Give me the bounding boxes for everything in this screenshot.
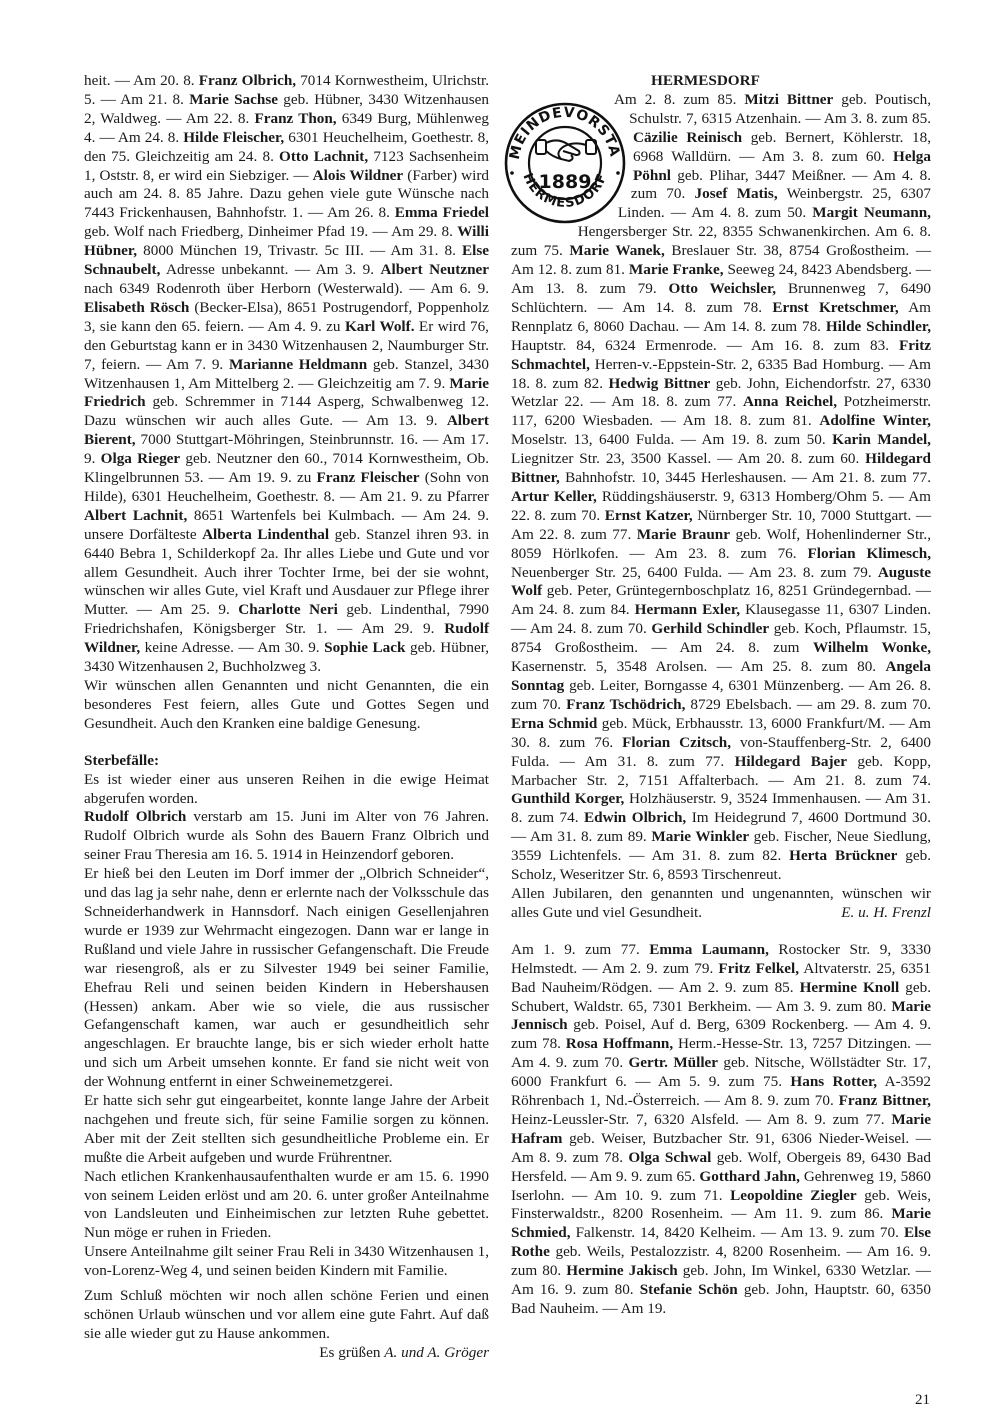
person-name: Hilde Schindler, [826,318,931,335]
person-name: Angela Sonntag [511,658,931,694]
person-name: Rudolf Wildner, [84,620,489,656]
person-name: Marie Franke, [629,261,724,278]
person-name: Marie Sachse [189,91,278,108]
person-name: Sophie Lack [324,639,405,656]
person-name: Albert Bierent, [84,412,489,448]
person-name: Rosa Hoffmann, [566,1035,673,1052]
person-name: Franz Fleischer [317,469,420,486]
person-name: Helga Pöhnl [633,148,931,184]
person-name: Cäzilie Reinisch [633,129,742,146]
person-name: Alberta Lindenthal [202,526,329,543]
obituary-paragraph-5: Unsere Anteilnahme gilt seiner Frau Reli… [84,1243,489,1281]
person-name: Willi Hübner, [84,223,489,259]
person-name: Marie Hafram [511,1111,931,1147]
person-name: Emma Friedel [395,204,489,221]
person-name: Franz Tschödrich, [566,696,685,713]
person-name: Marie Braunr [637,526,730,543]
person-name: Olga Rieger [101,450,180,467]
person-name: Adolfine Winter, [819,412,931,429]
person-name: Hilde Fleischer, [183,129,284,146]
person-name: Franz Thon, [254,110,336,127]
person-name: Marie Jennisch [511,998,931,1034]
person-name: Artur Keller, [511,488,597,505]
person-name: Franz Bittner, [839,1092,931,1109]
person-name: Florian Klimesch, [807,545,931,562]
person-name: Margit Neumann, [812,204,931,221]
person-name: Hildegard Bajer [735,753,847,770]
person-name: Marie Friedrich [84,375,489,411]
person-name: Mitzi Bittner [744,91,833,108]
person-name: Josef Matis, [695,185,778,202]
left-column: heit. — Am 20. 8. Franz Olbrich, 7014 Ko… [84,72,489,1363]
handshake-icon [536,140,596,161]
deaths-intro: Es ist wieder einer aus unseren Reihen i… [84,771,489,809]
person-name: Herta Brückner [789,847,897,864]
person-name: Olga Schwal [628,1149,711,1166]
person-name: Wilhelm Wonke, [813,639,931,656]
person-name: Hermine Jakisch [566,1262,677,1279]
person-name: Florian Czitsch, [622,734,731,751]
person-name: Auguste Wolf [511,564,931,600]
person-name: Alois Wildner [313,167,403,184]
person-name: Karin Mandel, [832,431,931,448]
person-name: Gotthard Jahn, [699,1168,800,1185]
closing-paragraph: Zum Schluß möchten wir noch allen schöne… [84,1287,489,1344]
person-name: Elisabeth Rösch [84,299,189,316]
person-name: Ernst Kretschmer, [772,299,898,316]
svg-text:1889: 1889 [539,171,592,193]
right-column: HERMESDORF GEMEINDEVORSTAND HERMESDORF 1… [511,72,931,1319]
person-name: Hildegard Bittner, [511,450,931,486]
person-name: Marianne Heldmann [229,356,367,373]
obituary-paragraph-4: Nach etlichen Krankenhausaufenthalten wu… [84,1168,489,1244]
person-name: Hedwig Bittner [609,375,711,392]
september-birthdays: Am 1. 9. zum 77. Emma Laumann, Rostocker… [511,941,931,1319]
person-name: Marie Wanek, [569,242,664,259]
person-name: Emma Laumann, [649,941,769,958]
person-name: Hans Rotter, [790,1073,877,1090]
obituary-paragraph-1: Rudolf Olbrich verstarb am 15. Juni im A… [84,808,489,865]
municipal-stamp-icon: GEMEINDEVORSTAND HERMESDORF 1889 [503,95,627,227]
person-name: Marie Winkler [651,828,749,845]
person-name: Karl Wolf. [345,318,415,335]
person-name: Fritz Felkel, [718,960,799,977]
section-title-hermesdorf: HERMESDORF [511,72,931,91]
wishes-paragraph: Wir wünschen allen Genannten und nicht G… [84,677,489,734]
obituary-name: Rudolf Olbrich [84,808,186,825]
person-name: Charlotte Neri [238,601,338,618]
person-name: Erna Schmid [511,715,597,732]
page-number: 21 [915,1392,930,1409]
person-name: Stefanie Schön [640,1281,738,1298]
obituary-paragraph-3: Er hatte sich sehr gut eingearbeitet, ko… [84,1092,489,1168]
person-name: Gertr. Müller [628,1054,718,1071]
person-name: Otto Weichsler, [669,280,777,297]
person-name: Gerhild Schindler [651,620,769,637]
obituary-paragraph-2: Er hieß bei den Leuten im Dorf immer der… [84,865,489,1092]
person-name: Marie Schmied, [511,1205,931,1241]
person-name: Albert Lachnit, [84,507,187,524]
person-name: Hermann Exler, [635,601,740,618]
deaths-heading: Sterbefälle: [84,752,489,771]
person-name: Edwin Olbrich, [584,809,686,826]
person-name: Franz Olbrich, [199,72,296,89]
person-name: Leopoldine Ziegler [730,1187,857,1204]
birthday-list-continued: heit. — Am 20. 8. Franz Olbrich, 7014 Ko… [84,72,489,677]
person-name: Else Rothe [511,1224,931,1260]
person-name: Albert Neutzner [381,261,490,278]
left-signature: Es grüßen A. und A. Gröger [84,1344,489,1363]
person-name: Anna Reichel, [743,393,837,410]
person-name: Gunthild Korger, [511,790,624,807]
person-name: Hermine Knoll [800,979,900,996]
person-name: Ernst Katzer, [605,507,693,524]
person-name: Fritz Schmachtel, [511,337,931,373]
person-name: Otto Lachnit, [279,148,368,165]
